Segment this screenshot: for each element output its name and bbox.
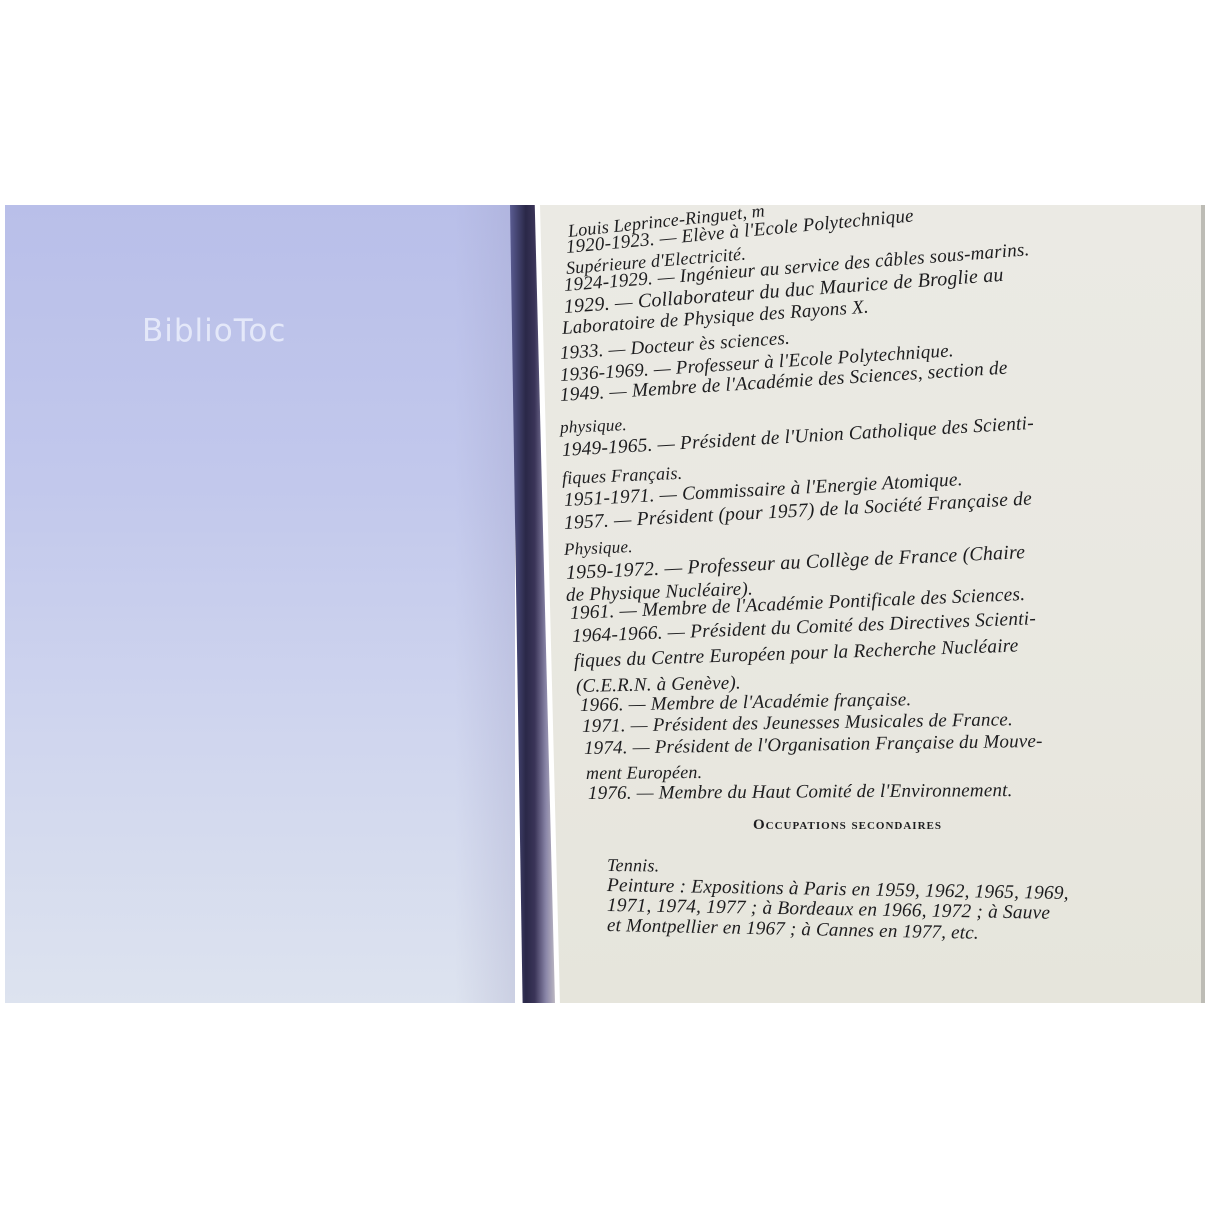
text-line: 1949-1965. — Président de l'Union Cathol… <box>561 413 1034 462</box>
text-line: ment Européen. <box>586 762 702 784</box>
text-line: Tennis. <box>607 855 660 876</box>
left-page: BiblioToc <box>5 205 515 1003</box>
text-line: 1976. — Membre du Haut Comité de l'Envir… <box>588 780 1013 805</box>
text-line: physique. <box>560 415 628 438</box>
page-edge <box>1201 205 1205 1003</box>
text-line: Physique. <box>564 537 634 560</box>
text-line: 1959-1972. — Professeur au Collège de Fr… <box>565 541 1025 585</box>
book-photo: BiblioToc Louis Leprince-Ringuet, m1920-… <box>5 205 1205 1003</box>
watermark-logo: BiblioToc <box>142 313 286 349</box>
section-heading-text: Occupations secondaires <box>753 817 942 833</box>
section-heading: Occupations secondaires <box>753 817 942 834</box>
right-page: Louis Leprince-Ringuet, m1920-1923. — El… <box>540 205 1205 1003</box>
